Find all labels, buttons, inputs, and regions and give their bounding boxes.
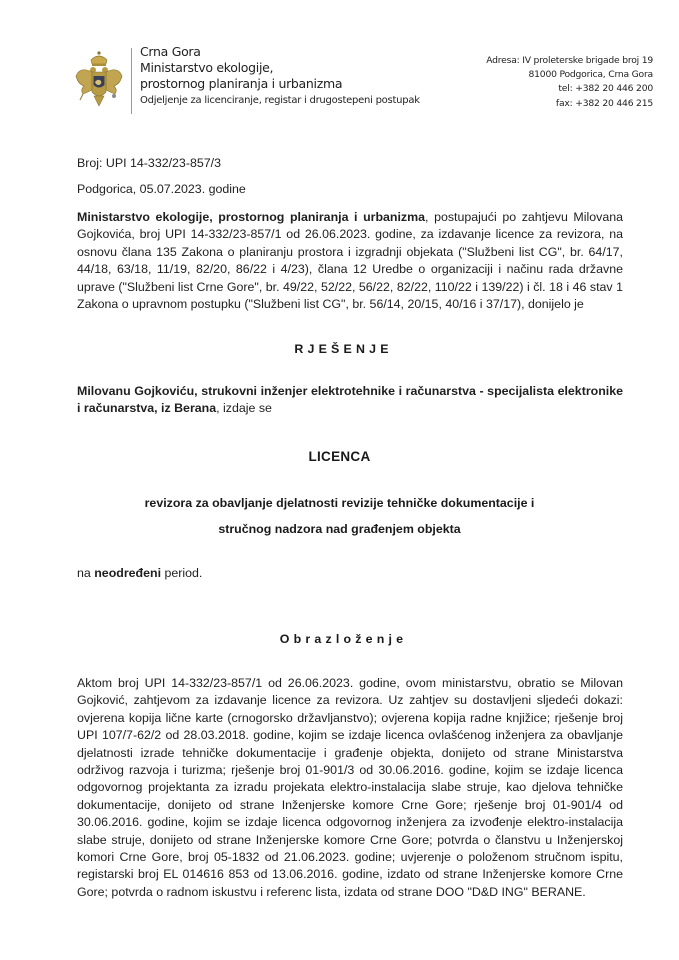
licence-title: LICENCA: [0, 449, 679, 464]
licence-subject-line-1: revizora za obavljanje djelatnosti reviz…: [0, 490, 679, 516]
intro-text: , postupajući po zahtjevu Milovana Gojko…: [77, 210, 623, 311]
address-line-2: 81000 Podgorica, Crna Gora: [486, 68, 653, 82]
ministry-name-line1: Ministarstvo ekologije,: [140, 60, 420, 76]
place-and-date: Podgorica, 05.07.2023. godine: [77, 176, 246, 202]
licence-subject: revizora za obavljanje djelatnosti reviz…: [0, 490, 679, 542]
intro-bold-lead: Ministarstvo ekologije, prostornog plani…: [77, 210, 425, 224]
fax-number: fax: +382 20 446 215: [486, 97, 653, 111]
intro-paragraph: Ministarstvo ekologije, prostornog plani…: [77, 209, 623, 313]
document-page: Crna Gora Ministarstvo ekologije, prosto…: [0, 0, 679, 960]
country-name: Crna Gora: [140, 44, 420, 60]
coat-of-arms-icon: [74, 50, 124, 112]
reasoning-title: Obrazloženje: [0, 632, 679, 646]
ministry-name-line2: prostornog planiranja i urbanizma: [140, 76, 420, 92]
period-prefix: na: [77, 566, 94, 580]
period-bold: neodređeni: [94, 566, 161, 580]
document-number: Broj: UPI 14-332/23-857/3: [77, 150, 246, 176]
contact-block: Adresa: IV proleterske brigade broj 19 8…: [486, 54, 653, 111]
licence-subject-line-2: stručnog nadzora nad građenjem objekta: [0, 516, 679, 542]
recipient-paragraph: Milovanu Gojkoviću, strukovni inženjer e…: [77, 383, 623, 418]
document-meta: Broj: UPI 14-332/23-857/3 Podgorica, 05.…: [77, 150, 246, 202]
period-suffix: period.: [161, 566, 202, 580]
recipient-tail: , izdaje se: [216, 401, 272, 415]
header-divider: [131, 48, 132, 114]
department-name: Odjeljenje za licenciranje, registar i d…: [140, 93, 420, 108]
ministry-header: Crna Gora Ministarstvo ekologije, prosto…: [140, 44, 420, 108]
reasoning-paragraph: Aktom broj UPI 14-332/23-857/1 od 26.06.…: [77, 675, 623, 901]
address-line-1: Adresa: IV proleterske brigade broj 19: [486, 54, 653, 68]
recipient-name: Milovanu Gojkoviću, strukovni inženjer e…: [77, 384, 623, 415]
decision-title: RJEŠENJE: [0, 342, 679, 356]
period-statement: na neodređeni period.: [77, 565, 623, 582]
phone-number: tel: +382 20 446 200: [486, 82, 653, 96]
